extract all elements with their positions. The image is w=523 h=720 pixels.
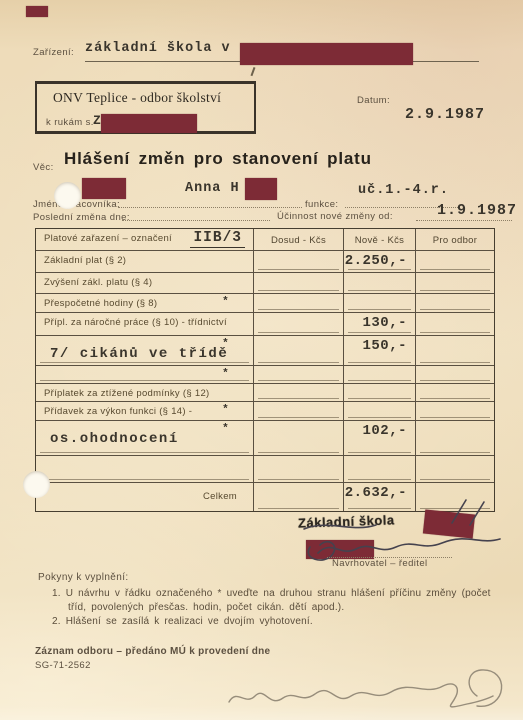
instruction-item-2: 2. Hlášení se zasílá k realizaci ve dvoj…: [52, 615, 492, 629]
department-cell: [416, 251, 494, 272]
row-label: Přípl. za náročné práce (§ 10) - třídnic…: [44, 317, 227, 328]
row-label-cell: Přídavek za výkon funkci (§ 14) -*: [36, 402, 254, 420]
form-title: Hlášení změn pro stanovení platu: [64, 149, 372, 169]
row-label: Přídavek za výkon funkci (§ 14) -: [44, 406, 192, 417]
current-amount-cell: [254, 384, 344, 401]
facility-label: Zařízení:: [33, 47, 74, 58]
amount-value: [254, 421, 343, 423]
amount-value: [254, 313, 343, 315]
amount-value: [416, 384, 494, 386]
amount-value: [416, 273, 494, 275]
current-amount-cell: [254, 366, 344, 383]
current-amount-cell: [254, 421, 344, 455]
instruction-item-1: 1. U návrhu v řádku označeného * uveďte …: [52, 587, 492, 615]
redaction-box: [82, 178, 126, 199]
amount-value: [416, 456, 494, 458]
department-cell: [416, 421, 494, 455]
recipient-line1: ONV Teplice - odbor školství: [53, 90, 221, 106]
designation-header-label: Platové zařazení – označení: [44, 233, 172, 244]
amount-value: [416, 313, 494, 315]
last-change-dotted-line: [122, 209, 270, 221]
department-cell: [416, 336, 494, 365]
row-label: os.ohodnocení: [50, 431, 179, 447]
amount-value: [416, 251, 494, 253]
header-cell-new: Nově - Kčs: [344, 229, 416, 250]
amount-value: 150,-: [344, 336, 415, 354]
amount-value: [254, 402, 343, 404]
scanned-form: Zařízení: základní škola v ONV Teplice -…: [0, 0, 523, 720]
amount-value: [344, 384, 415, 386]
amount-value: [344, 456, 415, 458]
instructions-heading: Pokyny k vyplnění:: [38, 572, 129, 583]
recipient-line2: k rukám s.: [46, 117, 94, 128]
table-row: [36, 456, 494, 483]
current-amount-cell: [254, 294, 344, 312]
department-record-label: Záznam odboru – předáno MÚ k provedení d…: [35, 646, 270, 657]
signature-caption: Navrhovatel – ředitel: [332, 558, 428, 569]
date-value: 2.9.1987: [405, 106, 485, 123]
row-label-cell: Základní plat (§ 2): [36, 251, 254, 272]
table-row: Zvýšení zákl. platu (§ 4): [36, 273, 494, 294]
amount-value: [344, 273, 415, 275]
asterisk-mark: *: [222, 338, 229, 350]
hole-punch: [23, 471, 50, 498]
current-amount-cell: [254, 456, 344, 482]
amount-value: [416, 366, 494, 368]
current-amount-cell: [254, 313, 344, 335]
table-row: os.ohodnocení*102,-: [36, 421, 494, 456]
row-label: Příplatek za ztížené podmínky (§ 12): [44, 388, 210, 399]
amount-value: [344, 366, 415, 368]
row-label-cell: *: [36, 366, 254, 383]
amount-value: 130,-: [344, 313, 415, 331]
table-row: Základní plat (§ 2)2.250,-: [36, 251, 494, 273]
function-label: funkce:: [305, 199, 338, 210]
row-label-cell: Celkem: [36, 483, 254, 511]
function-value: uč.1.-4.r.: [358, 183, 449, 198]
row-label-cell: Přípl. za náročné práce (§ 10) - třídnic…: [36, 313, 254, 335]
asterisk-mark: *: [222, 296, 229, 308]
pen-tick: [251, 67, 255, 76]
new-amount-cell: 2.250,-: [344, 251, 416, 272]
amount-value: [416, 294, 494, 296]
amount-value: 2.250,-: [344, 251, 415, 269]
row-label: 7/ cikánů ve třídě: [50, 346, 228, 362]
subject-label: Věc:: [33, 162, 54, 173]
redaction-box: [26, 6, 48, 17]
last-change-label: Poslední změna dne:: [33, 212, 130, 223]
current-amount-cell: [254, 402, 344, 420]
department-cell: [416, 384, 494, 401]
asterisk-mark: *: [222, 368, 229, 380]
amount-value: [344, 402, 415, 404]
row-label: Základní plat (§ 2): [44, 255, 126, 266]
new-amount-cell: [344, 456, 416, 482]
amount-value: 102,-: [344, 421, 415, 439]
table-row: *: [36, 366, 494, 384]
hole-punch: [54, 182, 81, 209]
header-cell-designation: Platové zařazení – označení IIB/3: [36, 229, 254, 250]
redaction-box: [240, 43, 413, 65]
new-amount-cell: 130,-: [344, 313, 416, 335]
row-label-cell: Příplatek za ztížené podmínky (§ 12): [36, 384, 254, 401]
table-row: Přespočetné hodiny (§ 8)*: [36, 294, 494, 313]
date-label: Datum:: [357, 95, 390, 106]
asterisk-mark: *: [222, 423, 229, 435]
amount-value: [416, 336, 494, 338]
amount-value: [416, 483, 494, 485]
amount-value: [254, 384, 343, 386]
current-amount-cell: [254, 336, 344, 365]
amount-value: [254, 483, 343, 485]
header-cell-current: Dosud - Kčs: [254, 229, 344, 250]
amount-value: [416, 402, 494, 404]
table-row: Příplatek za ztížené podmínky (§ 12): [36, 384, 494, 402]
salary-table-body: Základní plat (§ 2)2.250,-Zvýšení zákl. …: [36, 251, 494, 511]
amount-value: [416, 421, 494, 423]
new-amount-cell: [344, 384, 416, 401]
row-label-cell: [36, 456, 254, 482]
amount-value: [254, 251, 343, 253]
amount-value: [254, 294, 343, 296]
effective-date-value: 1.9.1987: [437, 202, 517, 219]
designation-typed-value: IIB/3: [190, 230, 245, 248]
department-cell: [416, 313, 494, 335]
row-label-cell: os.ohodnocení*: [36, 421, 254, 455]
salary-table: Platové zařazení – označení IIB/3 Dosud …: [35, 228, 495, 512]
department-cell: [416, 294, 494, 312]
department-cell: [416, 273, 494, 293]
row-label-cell: Zvýšení zákl. platu (§ 4): [36, 273, 254, 293]
pencil-handwriting: [215, 658, 515, 720]
table-row: Přípl. za náročné práce (§ 10) - třídnic…: [36, 313, 494, 336]
new-amount-cell: [344, 402, 416, 420]
employee-name-value: Anna H: [185, 181, 240, 196]
department-cell: [416, 402, 494, 420]
asterisk-mark: *: [222, 404, 229, 416]
effective-date-label: Účinnost nové změny od:: [277, 211, 393, 222]
department-cell: [416, 456, 494, 482]
current-amount-cell: [254, 251, 344, 272]
recipient-box: ONV Teplice - odbor školství k rukám s. …: [35, 81, 256, 134]
header-cell-department: Pro odbor: [416, 229, 494, 250]
row-label-cell: 7/ cikánů ve třídě*: [36, 336, 254, 365]
new-amount-cell: [344, 366, 416, 383]
row-label: Celkem: [203, 491, 237, 502]
redaction-box: [101, 114, 197, 133]
current-amount-cell: [254, 273, 344, 293]
amount-value: [254, 366, 343, 368]
new-amount-cell: 150,-: [344, 336, 416, 365]
row-label-cell: Přespočetné hodiny (§ 8)*: [36, 294, 254, 312]
row-label: Přespočetné hodiny (§ 8): [44, 298, 157, 309]
table-header-row: Platové zařazení – označení IIB/3 Dosud …: [36, 229, 494, 251]
new-amount-cell: 102,-: [344, 421, 416, 455]
redaction-box: [245, 178, 277, 200]
row-label: Zvýšení zákl. platu (§ 4): [44, 277, 152, 288]
amount-value: [254, 336, 343, 338]
amount-value: [344, 294, 415, 296]
form-code: SG-71-2562: [35, 660, 91, 671]
signature-dotted-line: [327, 546, 452, 558]
department-cell: [416, 366, 494, 383]
table-row: Přídavek za výkon funkci (§ 14) -*: [36, 402, 494, 421]
table-row: 7/ cikánů ve třídě*150,-: [36, 336, 494, 366]
new-amount-cell: [344, 273, 416, 293]
new-amount-cell: [344, 294, 416, 312]
amount-value: [254, 273, 343, 275]
amount-value: [254, 456, 343, 458]
